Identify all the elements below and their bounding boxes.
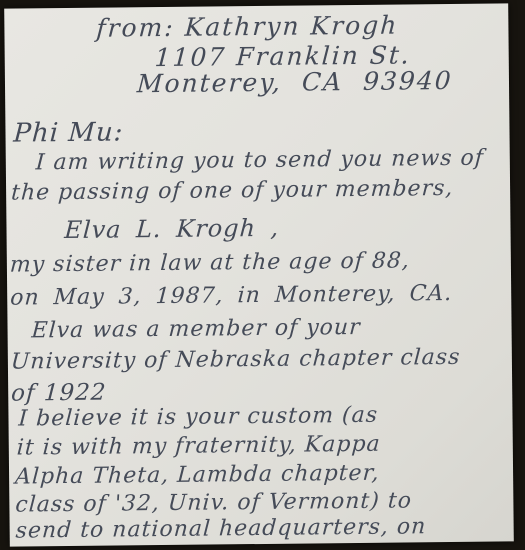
- handwriting-line: my sister in law at the age of 88,: [9, 248, 410, 277]
- handwriting-line: send to national headquarters, on: [15, 514, 427, 543]
- handwriting-line-deceased-name: Elva L. Krogh ,: [64, 214, 280, 244]
- handwriting-line: University of Nebraska chapter class: [10, 345, 461, 375]
- letter-paper: from: Kathryn Krogh 1107 Franklin St. Mo…: [4, 3, 514, 546]
- salutation: Phi Mu:: [13, 117, 125, 148]
- return-address-line-1: from: Kathryn Krogh: [96, 11, 400, 43]
- handwriting-line: I believe it is your custom (as: [18, 403, 379, 432]
- handwriting-line: Elva was a member of your: [31, 315, 362, 343]
- scan-background: from: Kathryn Krogh 1107 Franklin St. Mo…: [0, 0, 525, 550]
- handwriting-line: it is with my fraternity, Kappa: [16, 432, 381, 461]
- handwriting-line: on May 3, 1987, in Monterey, CA.: [9, 281, 453, 311]
- handwriting-line: the passing of one of your members,: [10, 176, 454, 206]
- handwriting-line: I am writing you to send you news of: [35, 146, 485, 176]
- handwriting-line: Alpha Theta, Lambda chapter,: [14, 461, 380, 490]
- handwriting-line: of 1922: [10, 380, 107, 407]
- return-address-line-3: Monterey, CA 93940: [136, 66, 453, 98]
- handwriting-line: class of '32, Univ. of Vermont) to: [15, 488, 413, 517]
